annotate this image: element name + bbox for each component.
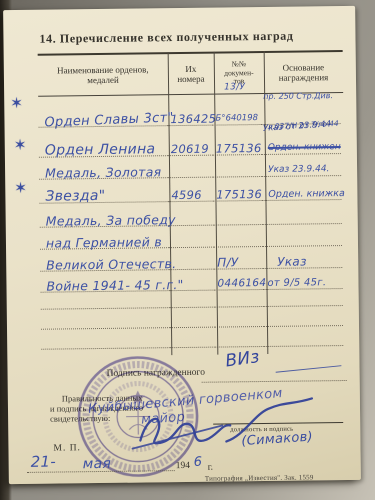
date-year-handwritten: 6: [194, 455, 203, 470]
handwritten-star-mark-icon: ✶: [10, 94, 23, 113]
column-header-text: Наименование орденов,: [57, 64, 149, 75]
award-number-cell: [168, 202, 213, 227]
award-number-cell: [169, 270, 214, 292]
award-number-cell: 136425: [167, 94, 212, 127]
document-number: 175136: [216, 188, 262, 202]
award-name-cell: Медаль, Золотая: [39, 156, 168, 180]
awards-table: Наименование орденов, медалей Их номера …: [38, 50, 347, 357]
column-header-text: награждения: [279, 72, 329, 83]
empty-cell: [170, 328, 215, 349]
empty-cell: [170, 291, 215, 309]
empty-cell: [170, 308, 215, 329]
award-basis-struck: Орден. книжен: [268, 141, 341, 155]
award-basis: Указ: [277, 255, 307, 268]
empty-cell: [41, 291, 170, 310]
document-number-cell: [213, 155, 262, 178]
handwritten-star-mark-icon: ✶: [14, 179, 27, 198]
award-basis-cell: [262, 200, 341, 225]
document-number-cell: П/У: [214, 247, 263, 270]
empty-cell: [264, 326, 343, 347]
award-basis-cell: [263, 224, 342, 247]
document-number-cell: 175136: [213, 125, 262, 156]
column-header-text: Их: [185, 64, 196, 74]
column-header-numbers: Их номера: [168, 54, 214, 95]
award-basis: Орден. книжка: [268, 187, 345, 201]
award-basis-cell: от 9/5 45г.: [263, 268, 342, 290]
table-body: Орден Славы 3ст" 136425 13/У Б°640198 пр…: [38, 92, 346, 350]
print-shop-imprint: Типография „Известия". Зак. 1559: [205, 473, 314, 482]
empty-cell: [215, 290, 264, 308]
column-header-name: Наименование орденов, медалей: [38, 54, 168, 96]
award-name: Звезда": [45, 190, 105, 204]
official-signature-flourish: [126, 394, 317, 462]
document-number-cell: 13/У Б°640198: [212, 93, 261, 126]
award-name-cell: Орден Ленина: [39, 126, 168, 158]
document-number-cell: 175136: [213, 177, 262, 202]
award-name-cell: Великой Отечеств.: [40, 248, 169, 272]
column-header-basis: Основание награждения: [264, 52, 343, 93]
document-number: 175136: [216, 142, 262, 156]
column-header-text: Основание: [282, 62, 324, 73]
date-year-printed: 194: [176, 461, 190, 471]
empty-table-row: [41, 326, 346, 350]
award-number-cell: [169, 226, 214, 249]
document-number: 0446164: [217, 277, 266, 291]
photo-of-document: 14. Перечисление всех полученных наград …: [0, 0, 375, 500]
award-number-cell: 20619: [168, 126, 213, 157]
section-title: 14. Перечисление всех полученных наград: [39, 29, 293, 47]
empty-cell: [41, 308, 170, 330]
table-row: Орден Ленина 20619 175136 Указ от 23.9.4…: [39, 124, 344, 158]
document-number-cell: 0446164: [214, 269, 263, 291]
empty-cell: [215, 327, 264, 348]
award-basis: от 9/5 45г.: [267, 276, 326, 290]
award-basis-cell: Указ 23.9.44.: [262, 154, 341, 177]
award-name-cell: над Германией в: [40, 226, 169, 250]
empty-cell: [215, 307, 264, 328]
document-number: Б°640198: [215, 112, 258, 126]
awardee-signature: ВИз: [224, 347, 261, 371]
award-basis-cell: Указ от 23.9.44 Орден. книжен: [262, 124, 341, 155]
award-number-cell: 4596: [168, 178, 213, 203]
award-name-cell: Звезда": [39, 178, 168, 204]
award-basis-cell: Указ: [263, 246, 342, 269]
signature-dotted-line: [202, 372, 347, 383]
empty-cell: [264, 306, 343, 327]
document-number-cell: [214, 225, 263, 248]
award-basis-cell: Орден. книжка: [262, 176, 341, 201]
column-header-text: номера: [177, 74, 204, 84]
award-name-cell: Орден Славы 3ст": [38, 94, 167, 128]
award-basis: Указ 23.9.44.: [268, 163, 329, 177]
award-number: 20619: [171, 143, 209, 156]
handwritten-star-mark-icon: ✶: [14, 136, 27, 155]
award-number: 4596: [171, 189, 202, 202]
date-year-suffix: г.: [208, 463, 213, 473]
award-name-cell: Медаль, За победу: [39, 202, 168, 228]
award-record-card: 14. Перечисление всех полученных наград …: [3, 6, 361, 484]
award-name-cell: Войне 1941- 45 г.г.": [40, 270, 169, 293]
column-header-text: медалей: [87, 75, 119, 85]
award-number-cell: [169, 248, 214, 271]
award-number: 136425: [170, 113, 216, 127]
document-number-cell: [213, 201, 262, 226]
date-dotted-line: [27, 460, 175, 473]
empty-cell: [264, 289, 343, 307]
award-number-cell: [168, 156, 213, 179]
empty-cell: [41, 328, 170, 350]
document-number: П/У: [217, 256, 238, 269]
